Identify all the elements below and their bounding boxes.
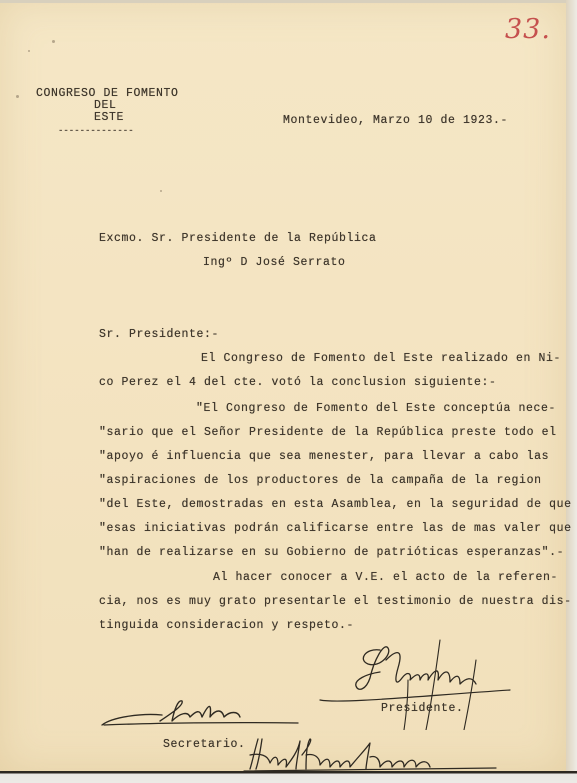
president-title: Presidente. <box>381 702 464 716</box>
page-edge-right <box>566 0 577 783</box>
quote-line: "El Congreso de Fomento del Este concept… <box>196 402 556 416</box>
page-edge-top <box>0 0 577 3</box>
paper-speck <box>160 190 162 192</box>
addressee-line1: Excmo. Sr. Presidente de la República <box>99 232 377 246</box>
paper-speck <box>52 40 55 43</box>
paper-speck <box>16 95 19 98</box>
quote-line: "esas iniciativas podrán calificarse ent… <box>99 522 572 536</box>
folio-number: 33. <box>505 14 551 45</box>
letterhead-line3: ESTE <box>94 111 124 125</box>
place-date: Montevideo, Marzo 10 de 1923.- <box>283 114 508 128</box>
third-signature <box>240 735 500 775</box>
addressee-line2: Ingº D José Serrato <box>203 256 346 270</box>
quote-line: "aspiraciones de los productores de la c… <box>99 474 542 488</box>
salutation: Sr. Presidente:- <box>99 328 219 342</box>
secretary-title: Secretario. <box>163 738 246 752</box>
letterhead-underline: -------------- <box>58 124 134 138</box>
body-line: cia, nos es muy grato presentarle el tes… <box>99 595 572 609</box>
paper-speck <box>28 50 30 52</box>
quote-line: "han de realizarse en su Gobierno de pat… <box>99 546 564 560</box>
quote-line: "del Este, demostradas en esta Asamblea,… <box>99 498 572 512</box>
secretary-signature <box>92 695 312 735</box>
quote-line: "apoyo é influencia que sea menester, pa… <box>99 450 549 464</box>
body-line: co Perez el 4 del cte. votó la conclusio… <box>99 376 497 390</box>
body-line: El Congreso de Fomento del Este realizad… <box>201 352 561 366</box>
quote-line: "sario que el Señor Presidente de la Rep… <box>99 426 557 440</box>
body-line: Al hacer conocer a V.E. el acto de la re… <box>213 571 558 585</box>
